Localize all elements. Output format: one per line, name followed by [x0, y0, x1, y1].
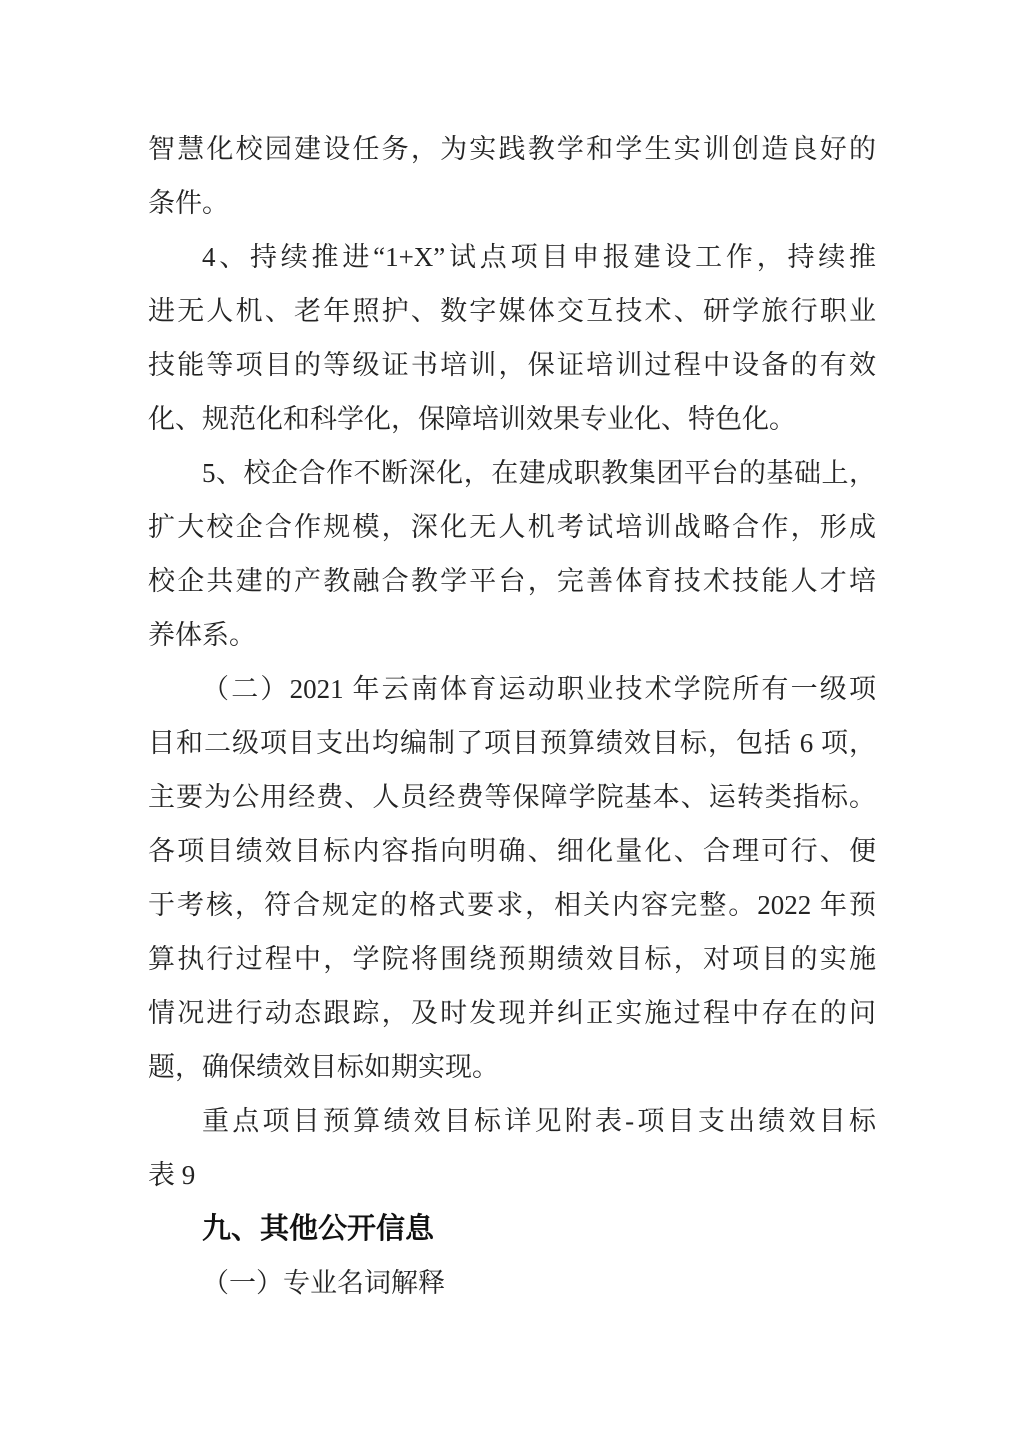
- body-line: 重点项目预算绩效目标详见附表-项目支出绩效目标: [148, 1094, 876, 1148]
- body-line: （二）2021 年云南体育运动职业技术学院所有一级项: [148, 662, 876, 716]
- body-line: 4、持续推进“1+X”试点项目申报建设工作，持续推: [148, 230, 876, 284]
- body-line: 各项目绩效目标内容指向明确、细化量化、合理可行、便: [148, 824, 876, 878]
- body-line: 化、规范化和科学化，保障培训效果专业化、特色化。: [148, 392, 876, 446]
- text-block: 智慧化校园建设任务，为实践教学和学生实训创造良好的 条件。 4、持续推进“1+X…: [148, 122, 876, 1310]
- body-line: 题，确保绩效目标如期实现。: [148, 1040, 876, 1094]
- body-line: 情况进行动态跟踪，及时发现并纠正实施过程中存在的问: [148, 986, 876, 1040]
- sub-section-label: （一）专业名词解释: [148, 1256, 876, 1310]
- section-heading: 九、其他公开信息: [148, 1202, 876, 1256]
- body-line: 智慧化校园建设任务，为实践教学和学生实训创造良好的: [148, 122, 876, 176]
- body-line: 条件。: [148, 176, 876, 230]
- body-line: 技能等项目的等级证书培训，保证培训过程中设备的有效: [148, 338, 876, 392]
- body-line: 算执行过程中，学院将围绕预期绩效目标，对项目的实施: [148, 932, 876, 986]
- body-line: 进无人机、老年照护、数字媒体交互技术、研学旅行职业: [148, 284, 876, 338]
- body-line: 表 9: [148, 1148, 876, 1202]
- body-line: 于考核，符合规定的格式要求，相关内容完整。2022 年预: [148, 878, 876, 932]
- body-line: 扩大校企合作规模，深化无人机考试培训战略合作，形成: [148, 500, 876, 554]
- body-line: 养体系。: [148, 608, 876, 662]
- body-line: 5、校企合作不断深化，在建成职教集团平台的基础上，: [148, 446, 876, 500]
- body-line: 主要为公用经费、人员经费等保障学院基本、运转类指标。: [148, 770, 876, 824]
- body-line: 目和二级项目支出均编制了项目预算绩效目标，包括 6 项，: [148, 716, 876, 770]
- body-line: 校企共建的产教融合教学平台，完善体育技术技能人才培: [148, 554, 876, 608]
- document-page: 智慧化校园建设任务，为实践教学和学生实训创造良好的 条件。 4、持续推进“1+X…: [0, 0, 1024, 1448]
